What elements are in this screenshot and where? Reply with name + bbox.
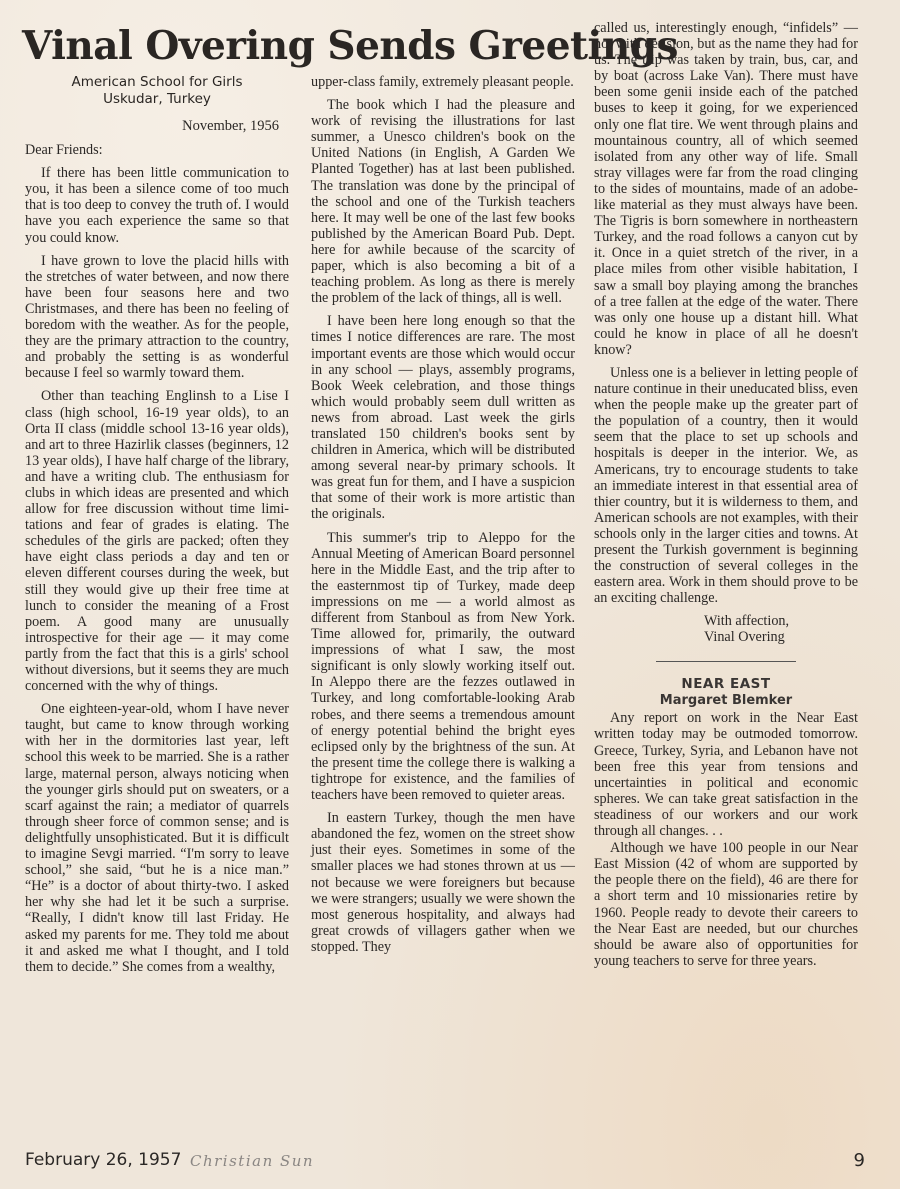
signature: Vinal Overing [594, 629, 858, 645]
column-3: called us, interestingly enough, “in­fid… [594, 20, 858, 976]
paragraph: Any report on work in the Near East writ… [594, 710, 858, 839]
section-divider [656, 661, 796, 662]
column-1: American School for Girls Uskudar, Turke… [25, 74, 289, 982]
school-name: American School for Girls [25, 74, 289, 91]
paragraph: If there has been little communi­cation … [25, 165, 289, 245]
column-2: upper-class family, extremely pleas­ant … [311, 74, 575, 962]
handwritten-note: Christian Sun [190, 1152, 314, 1170]
paragraph: I have grown to love the placid hills wi… [25, 253, 289, 382]
paragraph: In eastern Turkey, though the men have a… [311, 810, 575, 955]
school-location: Uskudar, Turkey [25, 91, 289, 108]
paragraph: upper-class family, extremely pleas­ant … [311, 74, 575, 90]
paragraph: called us, interestingly enough, “in­fid… [594, 20, 858, 358]
paragraph: One eighteen-year-old, whom I have never… [25, 701, 289, 975]
paragraph: The book which I had the pleasure and wo… [311, 97, 575, 306]
paragraph: This summer's trip to Aleppo for the Ann… [311, 530, 575, 804]
salutation: Dear Friends: [25, 142, 289, 158]
paragraph: Unless one is a believer in letting peop… [594, 365, 858, 606]
paragraph: Other than teaching Englinsh to a Lise I… [25, 388, 289, 694]
section-title: NEAR EAST [594, 676, 858, 693]
letter-date: November, 1956 [25, 118, 279, 134]
page-footer: February 26, 1957 Christian Sun 9 [25, 1150, 865, 1174]
paragraph: I have been here long enough so that the… [311, 313, 575, 522]
paragraph: Although we have 100 people in our Near … [594, 840, 858, 969]
closing: With affection, [594, 613, 858, 629]
section-author: Margaret Blemker [594, 693, 858, 709]
newsletter-page: Vinal Overing Sends Greetings American S… [0, 0, 900, 1189]
article-headline: Vinal Overing Sends Greetings [22, 22, 582, 70]
issue-date: February 26, 1957 [25, 1150, 181, 1170]
page-number: 9 [854, 1150, 865, 1171]
